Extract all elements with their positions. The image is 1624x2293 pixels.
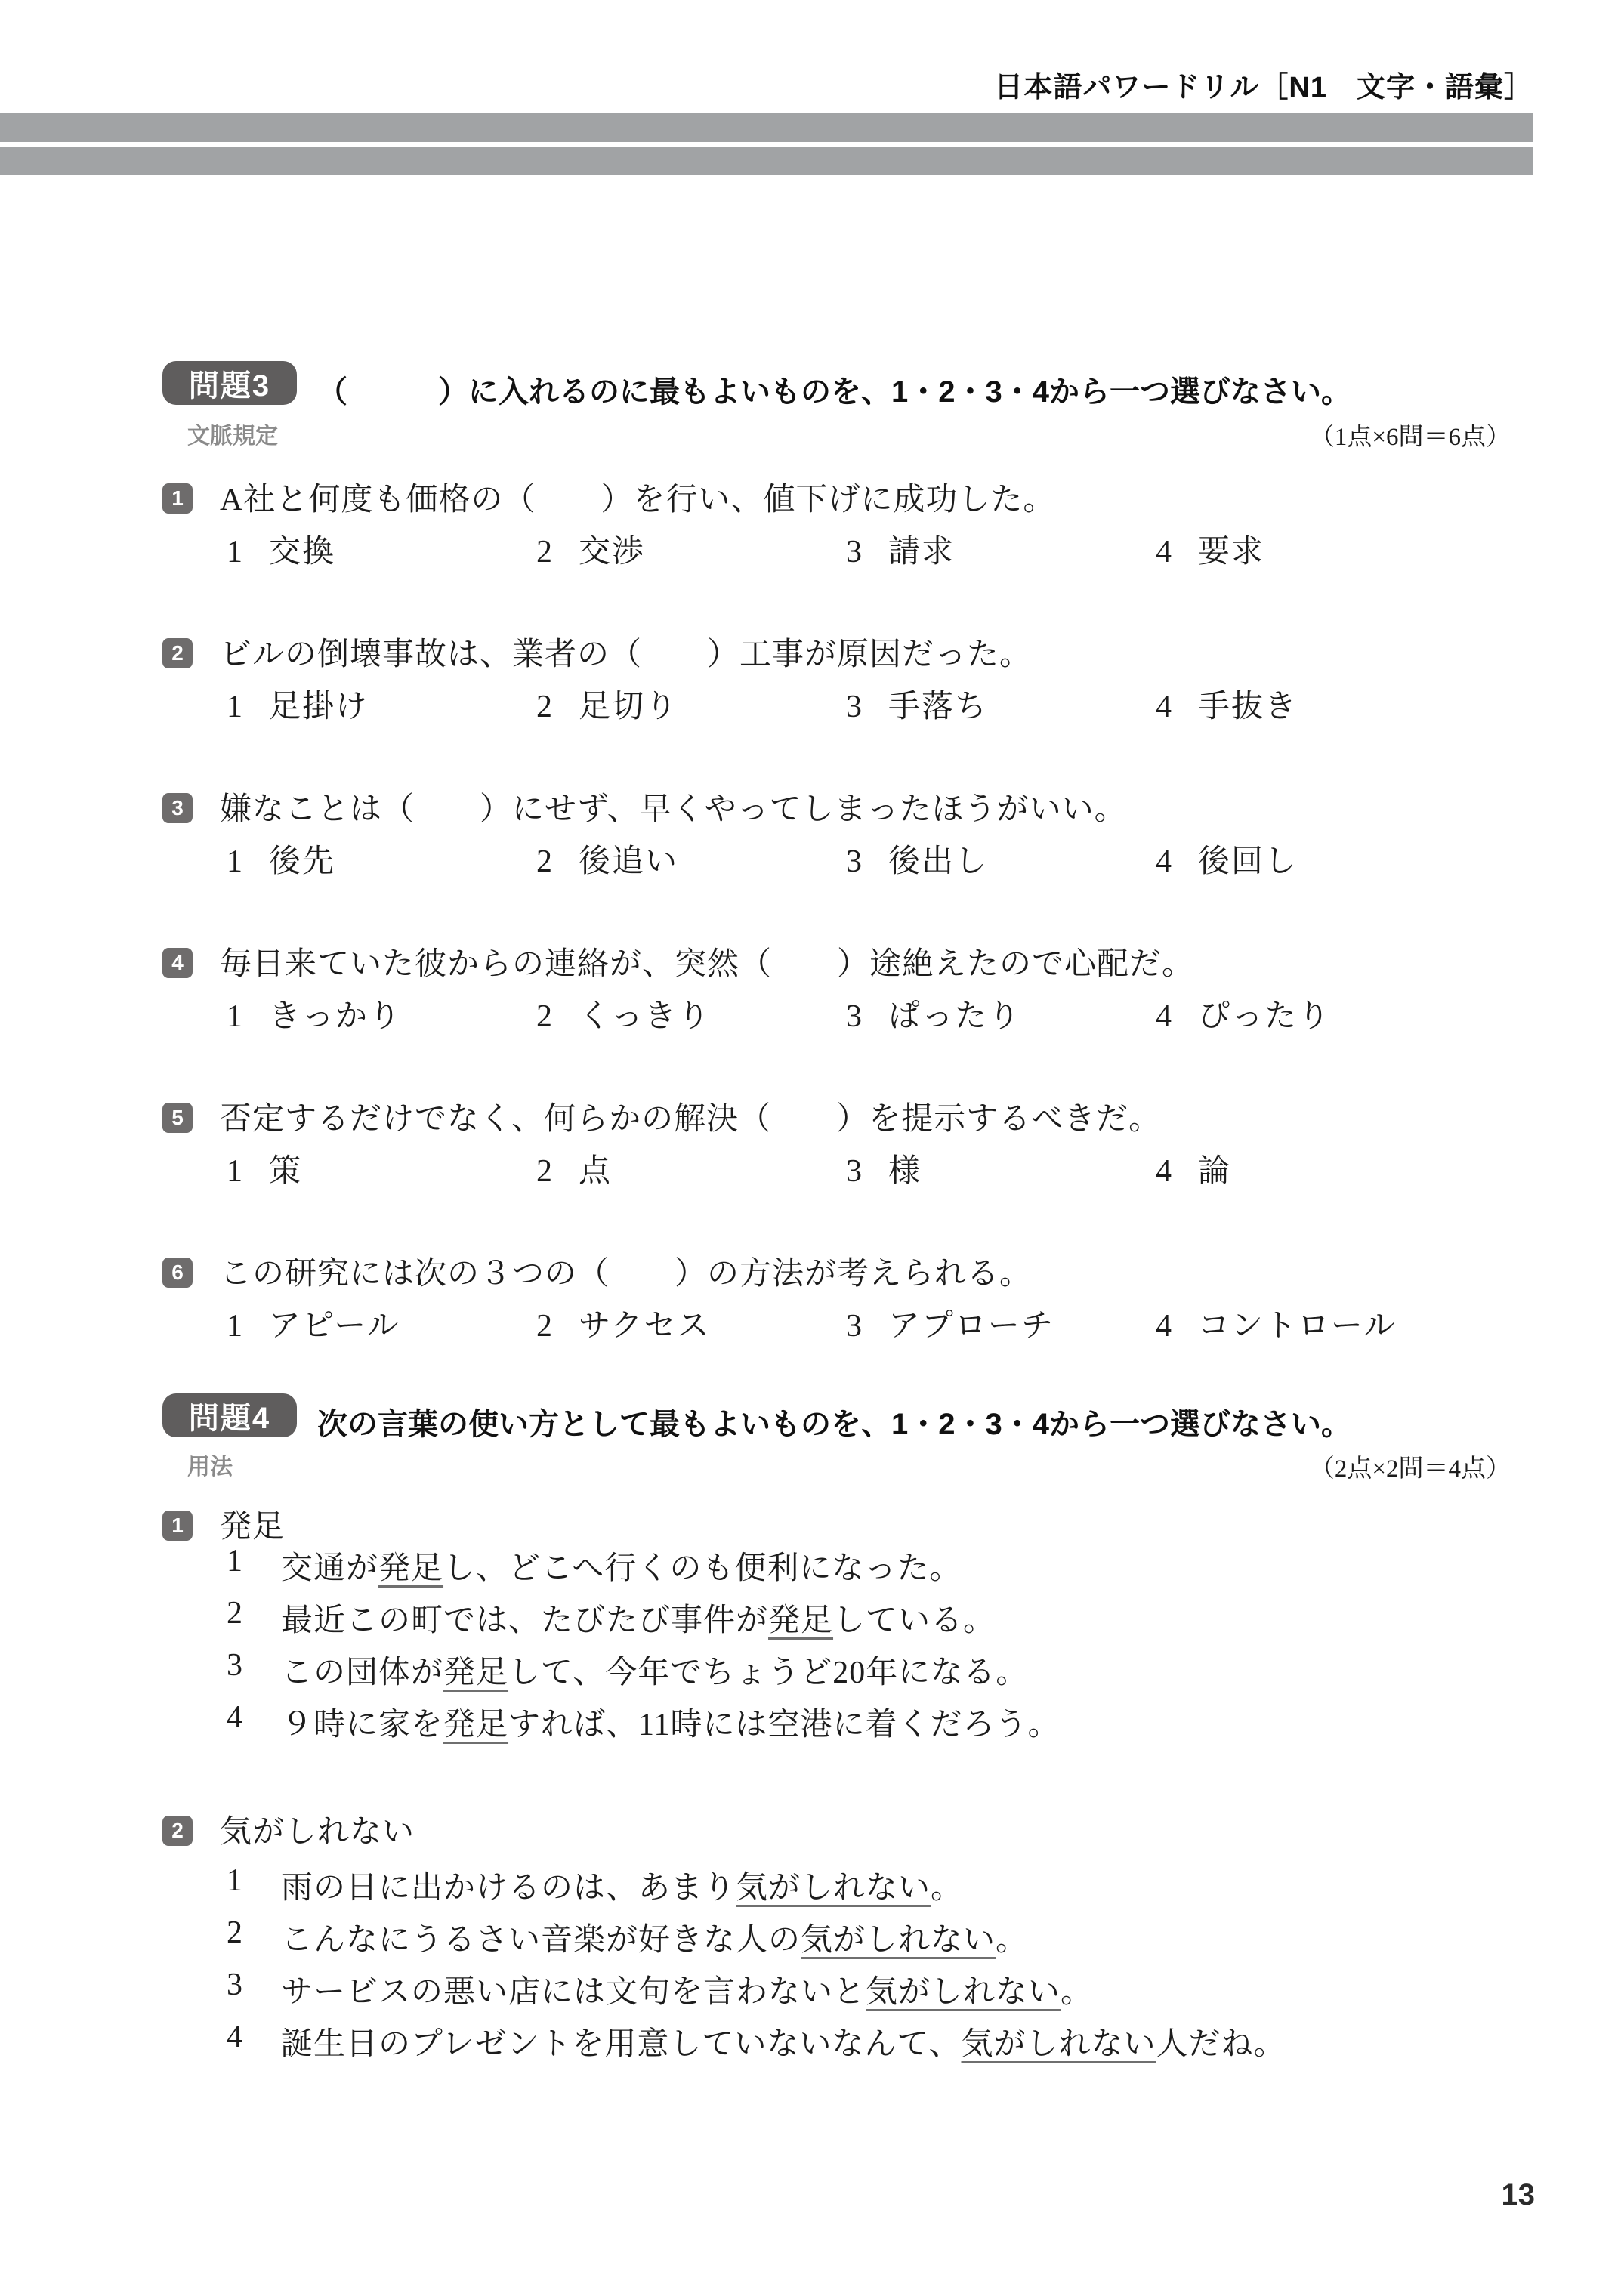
option-label: 様 xyxy=(888,1154,922,1189)
question-row: 1A社と何度も価格の（ ）を行い、値下げに成功した。 xyxy=(162,474,1055,520)
sentence-post: している。 xyxy=(833,1603,996,1638)
sentence-pre: こんなにうるさい音楽が好きな人の xyxy=(281,1923,801,1958)
underlined-term: 発足 xyxy=(443,1708,508,1742)
underlined-term: 発足 xyxy=(768,1603,833,1638)
option-label: 後出し xyxy=(888,844,988,879)
option-number: 3 xyxy=(846,1153,869,1190)
option-label: アプローチ xyxy=(888,1309,1054,1344)
usage-option-row[interactable]: 3 サービスの悪い店には文句を言わないと気がしれない。 xyxy=(0,1967,1624,2015)
sentence-pre: サービスの悪い店には文句を言わないと xyxy=(281,1975,866,2010)
option-choice[interactable]: 1交換 xyxy=(227,526,335,572)
option-number: 4 xyxy=(1156,1308,1178,1344)
option-number: 1 xyxy=(227,998,249,1035)
usage-question-row: 1発足 xyxy=(162,1501,285,1547)
mondai3-instruction: （ ）に入れるのに最もよいものを、1・2・3・4から一つ選びなさい。 xyxy=(317,368,1351,411)
usage-sentence: この団体が発足して、今年でちょうど20年になる。 xyxy=(281,1647,1028,1693)
option-number: 4 xyxy=(227,2019,242,2055)
option-choice[interactable]: 3請求 xyxy=(846,526,955,572)
sentence-post: 。 xyxy=(996,1923,1028,1958)
question-number-badge: 5 xyxy=(162,1103,193,1133)
usage-sentence: ９時に家を発足すれば、11時には空港に着くだろう。 xyxy=(281,1699,1060,1745)
question-row: 6この研究には次の３つの（ ）の方法が考えられる。 xyxy=(162,1248,1032,1294)
option-number: 1 xyxy=(227,1153,249,1190)
option-number: 2 xyxy=(227,1915,242,1951)
question-number-badge: 4 xyxy=(162,948,193,978)
underlined-term: 発足 xyxy=(443,1656,508,1690)
option-number: 2 xyxy=(536,1153,559,1190)
usage-option-row[interactable]: 3 この団体が発足して、今年でちょうど20年になる。 xyxy=(0,1647,1624,1696)
option-number: 1 xyxy=(227,844,249,880)
option-number: 1 xyxy=(227,1862,242,1899)
option-number: 3 xyxy=(846,534,869,570)
option-label: 手抜き xyxy=(1198,690,1298,724)
mondai4-score-note: （2点×2問＝4点） xyxy=(1310,1449,1511,1484)
option-label: 交渉 xyxy=(579,535,645,569)
mondai4-instruction: 次の言葉の使い方として最もよいものを、1・2・3・4から一つ選びなさい。 xyxy=(317,1400,1351,1443)
underlined-term: 気がしれない xyxy=(736,1871,931,1906)
mondai4-subtitle: 用法 xyxy=(187,1448,233,1481)
question-text: この研究には次の３つの（ ）の方法が考えられる。 xyxy=(220,1257,1032,1292)
question-text: ビルの倒壊事故は、業者の（ ）工事が原因だった。 xyxy=(220,637,1032,672)
option-choice[interactable]: 4コントロール xyxy=(1156,1301,1397,1346)
question-number-badge: 1 xyxy=(162,483,193,514)
option-number: 4 xyxy=(1156,534,1178,570)
options-row: 1きっかり 2くっきり 3ぱったり 4ぴったり xyxy=(0,991,1624,1036)
option-choice[interactable]: 1後先 xyxy=(227,836,335,881)
option-number: 2 xyxy=(536,689,559,725)
usage-option-row[interactable]: 2 最近この町では、たびたび事件が発足している。 xyxy=(0,1595,1624,1643)
option-label: ぴったり xyxy=(1198,999,1331,1034)
option-label: 論 xyxy=(1198,1154,1231,1189)
option-choice[interactable]: 4手抜き xyxy=(1156,681,1298,727)
usage-sentence: 誕生日のプレゼントを用意していないなんて、気がしれない人だね。 xyxy=(281,2019,1286,2064)
option-choice[interactable]: 2足切り xyxy=(536,681,678,727)
option-number: 3 xyxy=(846,998,869,1035)
question-number-badge: 1 xyxy=(162,1511,193,1541)
option-number: 3 xyxy=(227,1647,242,1683)
option-label: サクセス xyxy=(579,1309,710,1344)
option-label: ぱったり xyxy=(888,999,1021,1034)
option-choice[interactable]: 3アプローチ xyxy=(846,1301,1054,1346)
option-label: 後回し xyxy=(1198,844,1298,879)
option-number: 2 xyxy=(536,844,559,880)
option-choice[interactable]: 4後回し xyxy=(1156,836,1298,881)
option-number: 3 xyxy=(227,1967,242,2003)
sentence-pre: 交通が xyxy=(281,1551,378,1586)
question-row: 4毎日来ていた彼からの連絡が、突然（ ）途絶えたので心配だ。 xyxy=(162,939,1194,984)
option-choice[interactable]: 2交渉 xyxy=(536,526,645,572)
usage-sentence: 最近この町では、たびたび事件が発足している。 xyxy=(281,1595,996,1640)
option-label: 点 xyxy=(579,1154,612,1189)
usage-option-row[interactable]: 4 ９時に家を発足すれば、11時には空港に着くだろう。 xyxy=(0,1699,1624,1748)
sentence-post: 人だね。 xyxy=(1156,2027,1286,2062)
option-label: 要求 xyxy=(1198,535,1264,569)
option-label: 策 xyxy=(269,1154,302,1189)
option-number: 4 xyxy=(1156,689,1178,725)
question-number-badge: 6 xyxy=(162,1258,193,1288)
option-choice[interactable]: 4論 xyxy=(1156,1146,1231,1191)
option-label: 請求 xyxy=(888,535,955,569)
options-row: 1策 2点 3様 4論 xyxy=(0,1146,1624,1191)
usage-question-row: 2気がしれない xyxy=(162,1807,415,1852)
question-text: 否定するだけでなく、何らかの解決（ ）を提示するべきだ。 xyxy=(220,1102,1161,1137)
options-row: 1アピール 2サクセス 3アプローチ 4コントロール xyxy=(0,1301,1624,1346)
question-number-badge: 2 xyxy=(162,638,193,668)
option-choice[interactable]: 1きっかり xyxy=(227,991,402,1036)
usage-target-word: 発足 xyxy=(220,1510,285,1545)
usage-sentence: サービスの悪い店には文句を言わないと気がしれない。 xyxy=(281,1967,1093,2012)
usage-option-row[interactable]: 2 こんなにうるさい音楽が好きな人の気がしれない。 xyxy=(0,1915,1624,1963)
options-row: 1交換 2交渉 3請求 4要求 xyxy=(0,526,1624,572)
sentence-post: 。 xyxy=(1061,1975,1093,2010)
option-number: 3 xyxy=(846,1308,869,1344)
option-number: 4 xyxy=(1156,1153,1178,1190)
usage-option-row[interactable]: 1 雨の日に出かけるのは、あまり気がしれない。 xyxy=(0,1862,1624,1911)
header-title: 日本語パワードリル［N1 文字・語彙］ xyxy=(994,63,1533,105)
sentence-pre: 誕生日のプレゼントを用意していないなんて、 xyxy=(281,2027,961,2062)
usage-option-row[interactable]: 1 交通が発足し、どこへ行くのも便利になった。 xyxy=(0,1543,1624,1591)
option-choice[interactable]: 4要求 xyxy=(1156,526,1264,572)
option-number: 1 xyxy=(227,689,249,725)
option-choice[interactable]: 1アピール xyxy=(227,1301,400,1346)
sentence-pre: この団体が xyxy=(281,1656,443,1690)
option-label: くっきり xyxy=(579,999,711,1034)
option-number: 2 xyxy=(227,1595,242,1631)
underlined-term: 発足 xyxy=(378,1551,443,1586)
option-choice[interactable]: 3ぱったり xyxy=(846,991,1021,1036)
header-bar-bottom xyxy=(0,147,1533,175)
underlined-term: 気がしれない xyxy=(961,2027,1156,2062)
question-row: 2ビルの倒壊事故は、業者の（ ）工事が原因だった。 xyxy=(162,629,1032,674)
option-number: 2 xyxy=(536,534,559,570)
sentence-post: 。 xyxy=(931,1871,963,1906)
option-choice[interactable]: 3後出し xyxy=(846,836,988,881)
option-choice[interactable]: 2くっきり xyxy=(536,991,711,1036)
option-label: 手落ち xyxy=(888,690,988,724)
option-number: 2 xyxy=(536,998,559,1035)
sentence-post: すれば、11時には空港に着くだろう。 xyxy=(508,1708,1060,1742)
question-row: 5否定するだけでなく、何らかの解決（ ）を提示するべきだ。 xyxy=(162,1094,1161,1139)
question-text: 嫌なことは（ ）にせず、早くやってしまったほうがいい。 xyxy=(220,792,1127,827)
option-choice[interactable]: 1足掛け xyxy=(227,681,369,727)
underlined-term: 気がしれない xyxy=(866,1975,1061,2010)
option-choice[interactable]: 2サクセス xyxy=(536,1301,710,1346)
mondai3-badge: 問題3 xyxy=(162,361,297,405)
sentence-pre: ９時に家を xyxy=(281,1708,443,1742)
option-label: きっかり xyxy=(269,999,402,1034)
question-number-badge: 2 xyxy=(162,1816,193,1846)
question-text: 毎日来ていた彼からの連絡が、突然（ ）途絶えたので心配だ。 xyxy=(220,947,1194,982)
sentence-pre: 最近この町では、たびたび事件が xyxy=(281,1603,768,1638)
document-page: 日本語パワードリル［N1 文字・語彙］ 問題3 （ ）に入れるのに最もよいものを… xyxy=(0,0,1624,2293)
option-number: 2 xyxy=(536,1308,559,1344)
option-label: 後先 xyxy=(269,844,335,879)
sentence-post: し、どこへ行くのも便利になった。 xyxy=(443,1551,962,1586)
question-number-badge: 3 xyxy=(162,793,193,823)
sentence-post: して、今年でちょうど20年になる。 xyxy=(508,1656,1028,1690)
option-number: 1 xyxy=(227,534,249,570)
usage-sentence: 交通が発足し、どこへ行くのも便利になった。 xyxy=(281,1543,962,1588)
options-row: 1足掛け 2足切り 3手落ち 4手抜き xyxy=(0,681,1624,727)
page-number: 13 xyxy=(1502,2178,1536,2212)
option-label: 交換 xyxy=(269,535,335,569)
usage-sentence: こんなにうるさい音楽が好きな人の気がしれない。 xyxy=(281,1915,1028,1960)
option-label: 足切り xyxy=(579,690,678,724)
mondai3-subtitle: 文脈規定 xyxy=(187,417,278,450)
option-number: 3 xyxy=(846,844,869,880)
option-choice[interactable]: 3様 xyxy=(846,1146,922,1191)
option-label: コントロール xyxy=(1198,1309,1397,1344)
option-label: アピール xyxy=(269,1309,400,1344)
usage-target-word: 気がしれない xyxy=(220,1815,415,1850)
option-choice[interactable]: 2点 xyxy=(536,1146,612,1191)
option-number: 4 xyxy=(1156,844,1178,880)
sentence-pre: 雨の日に出かけるのは、あまり xyxy=(281,1871,736,1906)
question-text: A社と何度も価格の（ ）を行い、値下げに成功した。 xyxy=(220,483,1055,517)
mondai4-badge: 問題4 xyxy=(162,1393,297,1437)
option-number: 3 xyxy=(846,689,869,725)
option-number: 1 xyxy=(227,1308,249,1344)
option-choice[interactable]: 2後追い xyxy=(536,836,678,881)
option-label: 後追い xyxy=(579,844,678,879)
option-number: 1 xyxy=(227,1543,242,1579)
option-choice[interactable]: 3手落ち xyxy=(846,681,988,727)
option-label: 足掛け xyxy=(269,690,369,724)
option-choice[interactable]: 1策 xyxy=(227,1146,302,1191)
option-choice[interactable]: 4ぴったり xyxy=(1156,991,1331,1036)
usage-option-row[interactable]: 4 誕生日のプレゼントを用意していないなんて、気がしれない人だね。 xyxy=(0,2019,1624,2067)
option-number: 4 xyxy=(227,1699,242,1736)
option-number: 4 xyxy=(1156,998,1178,1035)
mondai3-score-note: （1点×6問＝6点） xyxy=(1310,417,1511,452)
usage-sentence: 雨の日に出かけるのは、あまり気がしれない。 xyxy=(281,1862,963,1908)
question-row: 3嫌なことは（ ）にせず、早くやってしまったほうがいい。 xyxy=(162,784,1127,829)
options-row: 1後先 2後追い 3後出し 4後回し xyxy=(0,836,1624,881)
underlined-term: 気がしれない xyxy=(801,1923,996,1958)
header-bar-top xyxy=(0,113,1533,142)
